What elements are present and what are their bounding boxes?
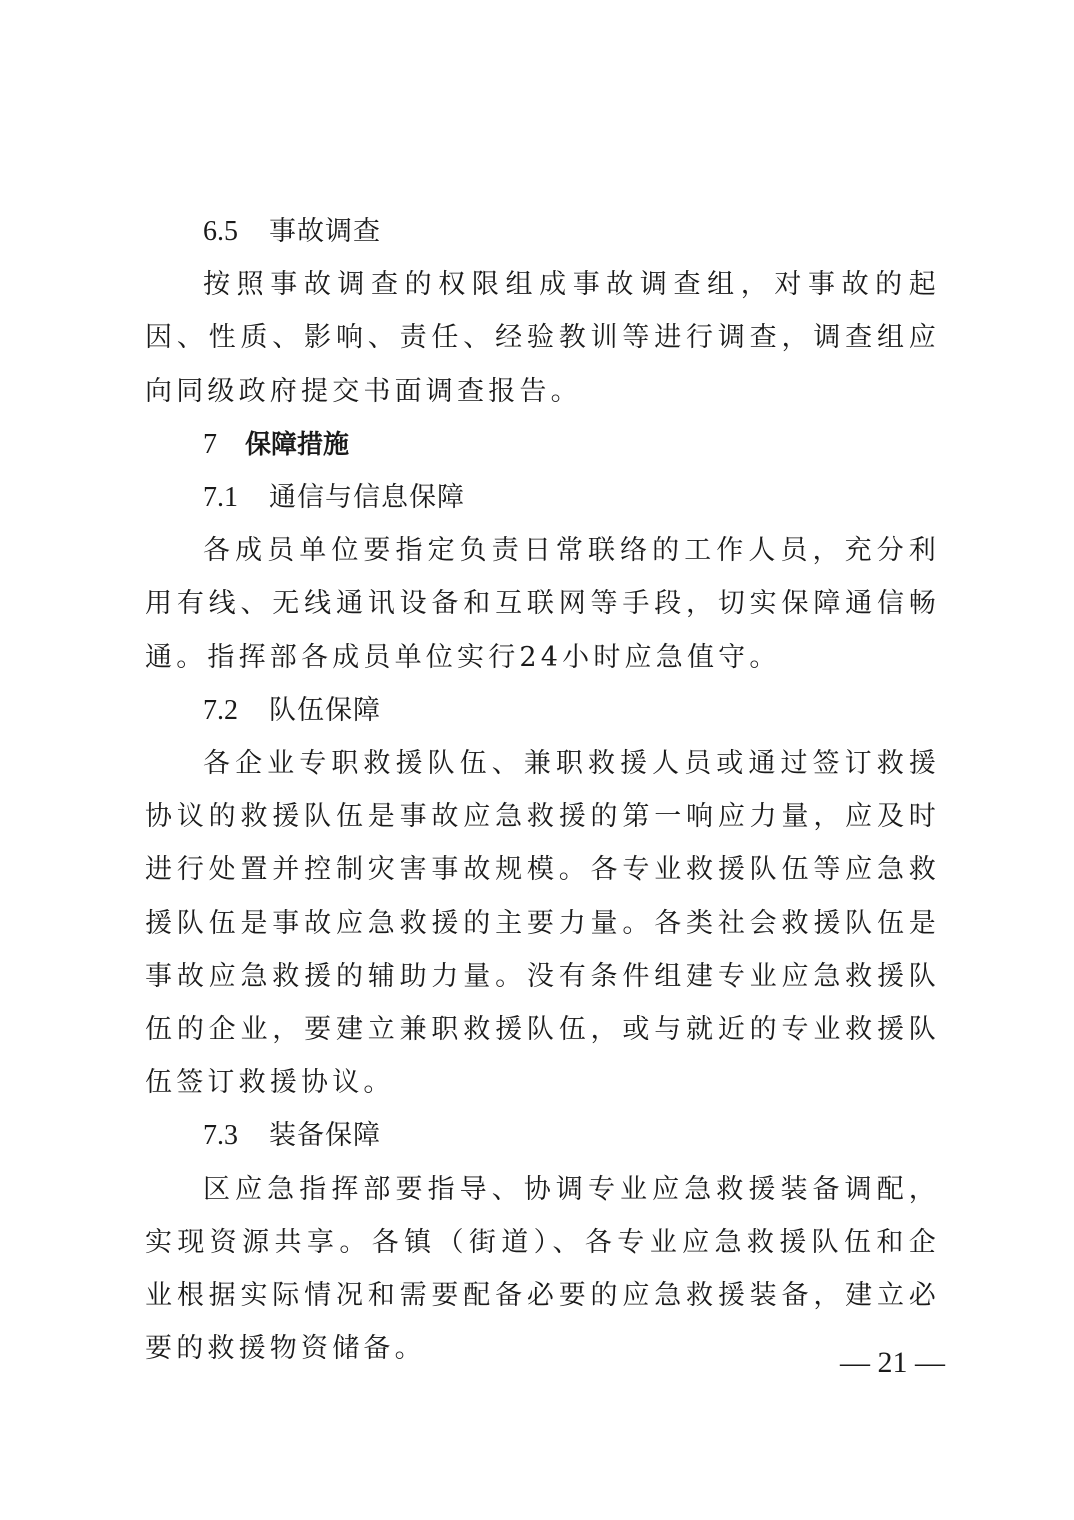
section-number: 7.2 <box>203 684 269 737</box>
section-title: 通信与信息保障 <box>269 482 465 513</box>
section-title: 队伍保障 <box>269 695 381 726</box>
section-heading-7-1: 7.1通信与信息保障 <box>145 471 940 524</box>
chapter-title: 保障措施 <box>245 430 349 460</box>
page-number: — 21 — <box>840 1346 945 1380</box>
chapter-heading-7: 7保障措施 <box>145 418 940 471</box>
chapter-number: 7 <box>203 418 245 471</box>
section-number: 6.5 <box>203 205 269 258</box>
section-paragraph: 区应急指挥部要指导、协调专业应急救援装备调配，实现资源共享。各镇（街道）、各专业… <box>145 1163 940 1376</box>
section-heading-6-5: 6.5事故调查 <box>145 205 940 258</box>
section-heading-7-3: 7.3装备保障 <box>145 1109 940 1162</box>
section-paragraph: 各企业专职救援队伍、兼职救援人员或通过签订救援协议的救援队伍是事故应急救援的第一… <box>145 737 940 1109</box>
section-title: 装备保障 <box>269 1120 381 1151</box>
section-title: 事故调查 <box>269 216 381 247</box>
section-number: 7.1 <box>203 471 269 524</box>
section-heading-7-2: 7.2队伍保障 <box>145 684 940 737</box>
section-number: 7.3 <box>203 1109 269 1162</box>
section-paragraph: 按照事故调查的权限组成事故调查组，对事故的起因、性质、影响、责任、经验教训等进行… <box>145 258 940 418</box>
section-paragraph: 各成员单位要指定负责日常联络的工作人员，充分利用有线、无线通讯设备和互联网等手段… <box>145 524 940 684</box>
document-page: 6.5事故调查 按照事故调查的权限组成事故调查组，对事故的起因、性质、影响、责任… <box>145 205 940 1375</box>
